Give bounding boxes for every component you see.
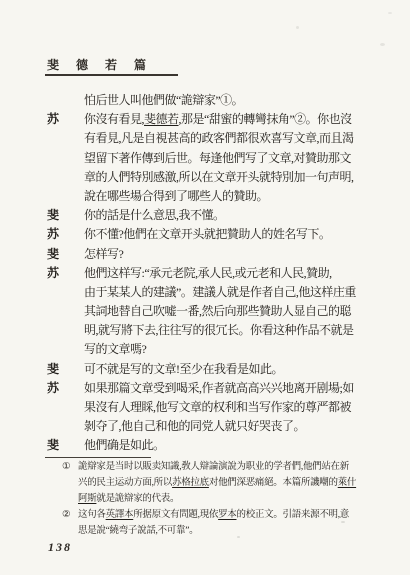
footnote-marker: ② — [62, 508, 71, 524]
dialogue-line-text: 望留下著作傳到后世。每逢他們写了文章,对贊助那文 — [84, 151, 351, 165]
dialogue-line-text: 怎样写? — [84, 247, 123, 261]
dialogue-line-text: 他們这样写:“承元老院,承人民,或元老和人民,贊助, — [84, 266, 332, 280]
speaker-label: 斐 — [47, 360, 59, 379]
footnote-line: 这句各英譯本所据原文有問題,現依罗本的校正文。引語来源不明,意 — [78, 508, 377, 524]
footnotes-block: ① 詭辯家是当时以販卖知識,敎人辯論演說为职业的学者們,他們站在新兴的民主运动方… — [62, 460, 377, 539]
footnote-marker: ① — [62, 460, 71, 476]
proper-noun-mark: 阿斯 — [78, 494, 96, 504]
speaker-label: 斐 — [47, 436, 59, 455]
proper-noun-mark: 斐德若 — [144, 112, 179, 126]
footnote-text: 这句各英譯本所据原文有問題,現依罗本的校正文。引語来源不明,意思是說“繞弯子說話… — [78, 508, 377, 540]
dialogue-line-text: 如果那篇文章受到喝采,作者就高高兴兴地离开剧場;如 — [84, 381, 354, 395]
dialogue-line: 果沒有人理睬,他写文章的权利和当写作家的尊严都被 — [47, 398, 377, 417]
dialogue-line: 由于某某人的建議”。建議人就是作者自己,他这样庄重 — [47, 283, 377, 302]
dialogue-line-text: 說在哪些場合得到了哪些人的贊助。 — [84, 189, 268, 203]
dialogue-line: 苏 你沒有看見,斐德若,那是“甜蜜的轉彎抹角”②。你也沒 — [47, 110, 377, 129]
dialogue-line: 說在哪些場合得到了哪些人的贊助。 — [47, 187, 377, 206]
dialogue-line: 苏 如果那篇文章受到喝采,作者就高高兴兴地离开剧場;如 — [47, 379, 377, 398]
dialogue-line: 斐 可不就是写的文章!至少在我看是如此。 — [47, 360, 377, 379]
dialogue-line: 怕后世人叫他們做“詭辯家”①。 — [47, 91, 377, 110]
dialogue-line-text: 可不就是写的文章!至少在我看是如此。 — [84, 362, 283, 376]
dialogue-line: 望留下著作傳到后世。每逢他們写了文章,对贊助那文 — [47, 149, 377, 168]
scan-artifact — [341, 521, 345, 523]
dialogue-line: 苏 他們这样写:“承元老院,承人民,或元老和人民,贊助, — [47, 264, 377, 283]
dialogue-line: 其詞地替自己吹嘘一番,然后向那些贊助人显自己的聪 — [47, 302, 377, 321]
dialogue-line-text: 你不懂?他們在文章开头就把贊助人的姓名写下。 — [84, 227, 330, 241]
footnote-line: 詭辯家是当时以販卖知識,敎人辯論演說为职业的学者們,他們站在新 — [78, 460, 377, 476]
speaker-label: 苏 — [47, 110, 59, 129]
speaker-label: 斐 — [47, 245, 59, 264]
dialogue-line: 斐 你的話是什么意思,我不懂。 — [47, 206, 377, 225]
speaker-label: 苏 — [47, 264, 59, 283]
dialogue-line-text: 果沒有人理睬,他写文章的权利和当写作家的尊严都被 — [84, 400, 351, 414]
dialogue-line-text: 由于某某人的建議”。建議人就是作者自己,他这样庄重 — [84, 285, 356, 299]
dialogue-line: 斐 怎样写? — [47, 245, 377, 264]
footnote-line: 兴的民主运动方面,所以苏格拉底对他們深恶痛絕。本篇所譏嘲的萊什 — [78, 476, 377, 492]
dialogue-line: 写的文章嗎? — [47, 340, 377, 359]
dialogue-line-text: 明,就写將下去,往往写的很冗长。你看这种作品不就是 — [84, 323, 354, 337]
header-rule — [45, 74, 178, 76]
speaker-label: 苏 — [47, 379, 59, 398]
page-number: 138 — [48, 540, 72, 555]
dialogue-line-text: 怕后世人叫他們做“詭辯家”①。 — [84, 93, 243, 107]
footnote-separator-rule — [45, 457, 151, 458]
dialogue-line-text: 你的話是什么意思,我不懂。 — [84, 208, 225, 222]
footnote-line: 阿斯就是詭辯家的代表。 — [78, 492, 377, 508]
dialogue-line-text: 有看見,凡是自視甚高的政客們都很欢喜写文章,而且渴 — [84, 131, 354, 145]
scan-artifact — [237, 536, 240, 538]
dialogue-line-text: 剝夺了,他自己和他的同党人就只好哭丧了。 — [84, 419, 305, 433]
proper-noun-mark: 罗本 — [218, 510, 236, 520]
footnote: ① 詭辯家是当时以販卖知識,敎人辯論演說为职业的学者們,他們站在新兴的民主运动方… — [62, 460, 377, 508]
speaker-label: 斐 — [47, 206, 59, 225]
dialogue-line: 有看見,凡是自視甚高的政客們都很欢喜写文章,而且渴 — [47, 129, 377, 148]
footnote: ② 这句各英譯本所据原文有問題,現依罗本的校正文。引語来源不明,意思是說“繞弯子… — [62, 508, 377, 540]
dialogue-line-text: 你沒有看見,斐德若,那是“甜蜜的轉彎抹角”②。你也沒 — [84, 112, 352, 126]
speaker-label: 苏 — [47, 225, 59, 244]
dialogue-line-text: 他們确是如此。 — [84, 438, 165, 452]
footnote-line: 思是說“繞弯子說話,不可靠”。 — [78, 524, 377, 540]
dialogue-line: 章的人們特別感激,所以在文章开头就特別加一句声明, — [47, 168, 377, 187]
dialogue-line: 苏 你不懂?他們在文章开头就把贊助人的姓名写下。 — [47, 225, 377, 244]
book-page: 斐德若篇 怕后世人叫他們做“詭辯家”①。 苏 你沒有看見,斐德若,那是“甜蜜的轉… — [0, 0, 410, 575]
proper-noun-mark: 萊什 — [338, 478, 356, 488]
dialogue-line: 明,就写將下去,往往写的很冗长。你看这种作品不就是 — [47, 321, 377, 340]
dialogue-line-text: 其詞地替自己吹嘘一番,然后向那些贊助人显自己的聪 — [84, 304, 351, 318]
dialogue-line: 剝夺了,他自己和他的同党人就只好哭丧了。 — [47, 417, 377, 436]
dialogue-line: 斐 他們确是如此。 — [47, 436, 377, 455]
dialogue-line-text: 写的文章嗎? — [84, 342, 146, 356]
proper-noun-mark: 英譯本 — [106, 510, 134, 520]
dialogue-line-text: 章的人們特別感激,所以在文章开头就特別加一句声明, — [84, 170, 354, 184]
proper-noun-mark: 苏格拉底 — [172, 478, 209, 488]
running-header-title: 斐德若篇 — [47, 56, 163, 73]
footnote-text: 詭辯家是当时以販卖知識,敎人辯論演說为职业的学者們,他們站在新兴的民主运动方面,… — [78, 460, 377, 508]
dialogue-text-block: 怕后世人叫他們做“詭辯家”①。 苏 你沒有看見,斐德若,那是“甜蜜的轉彎抹角”②… — [47, 91, 377, 456]
scan-artifact — [388, 12, 392, 14]
scan-artifact — [296, 26, 299, 29]
scan-artifact — [380, 43, 385, 46]
